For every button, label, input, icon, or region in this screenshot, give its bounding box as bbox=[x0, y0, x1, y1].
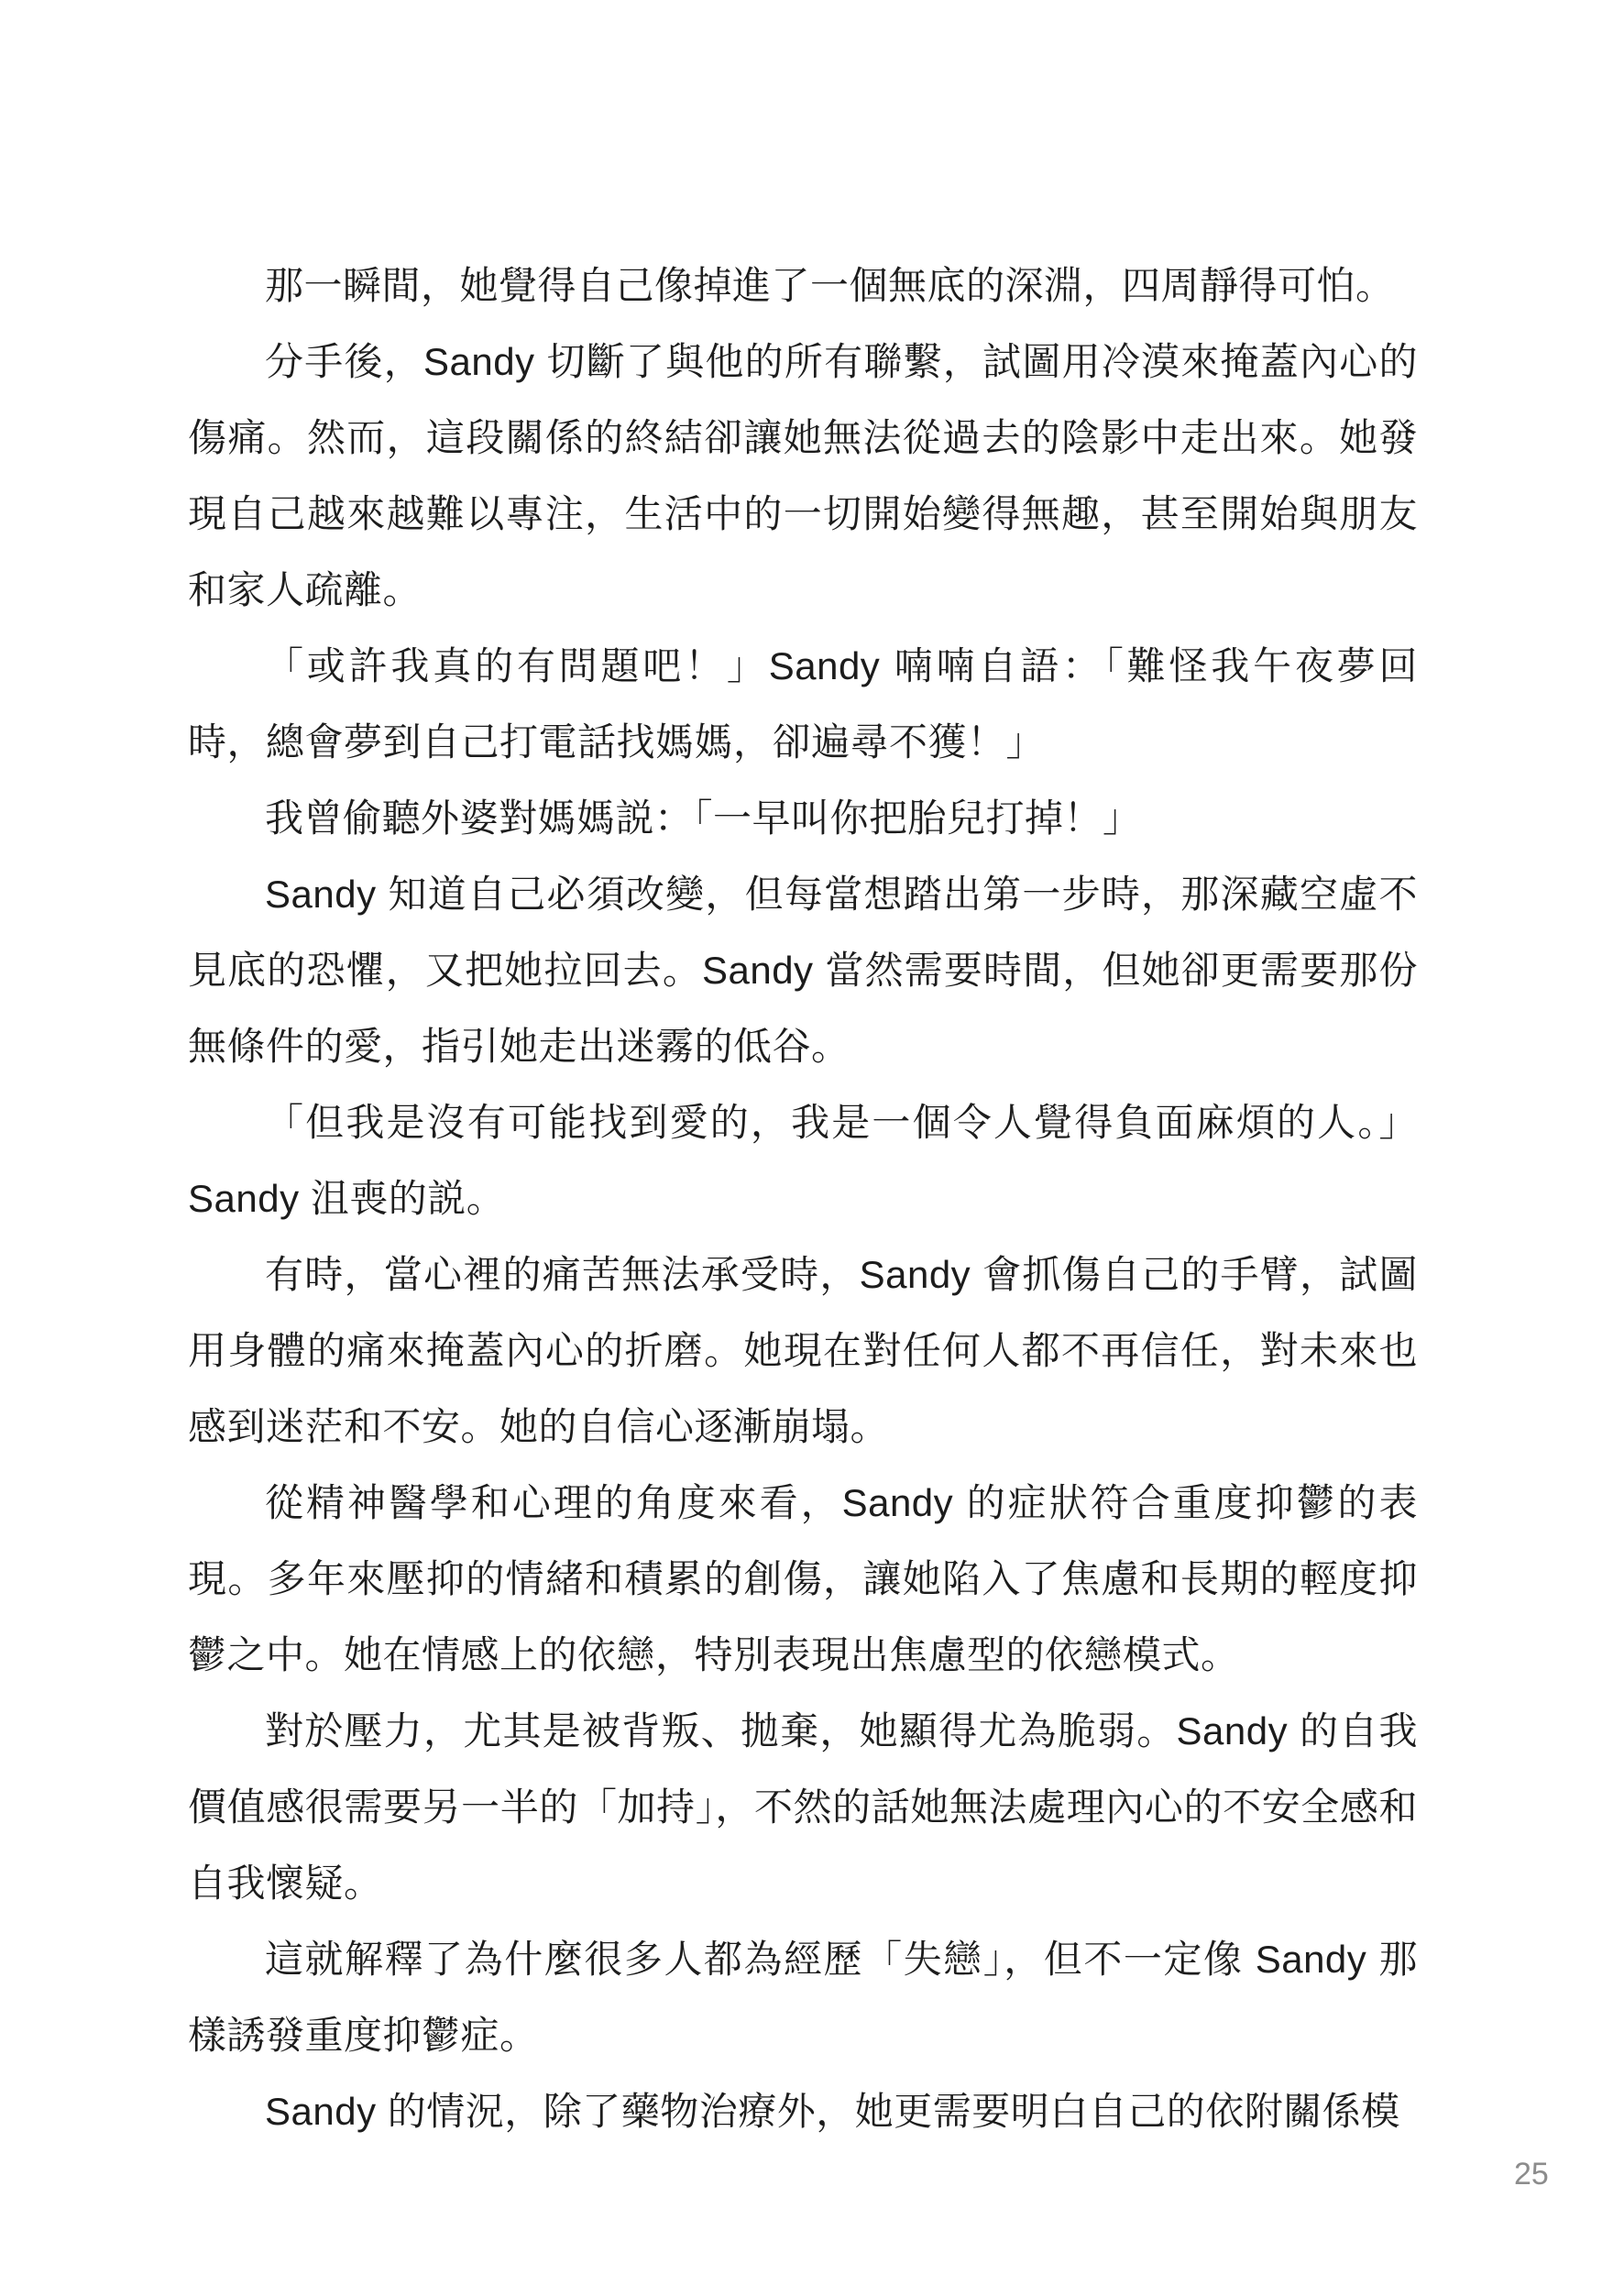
paragraph: 「或許我真的有問題吧！」Sandy 喃喃自語：「難怪我午夜夢回時，總會夢到自己打… bbox=[188, 628, 1418, 780]
paragraph: 那一瞬間，她覺得自己像掉進了一個無底的深淵，四周靜得可怕。 bbox=[188, 247, 1418, 324]
body-text: 那一瞬間，她覺得自己像掉進了一個無底的深淵，四周靜得可怕。 分手後，Sandy … bbox=[188, 247, 1418, 2149]
paragraph: Sandy 知道自己必須改變，但每當想踏出第一步時，那深藏空虛不見底的恐懼，又把… bbox=[188, 856, 1418, 1084]
paragraph: 「但我是沒有可能找到愛的，我是一個令人覺得負面麻煩的人。」Sandy 沮喪的説。 bbox=[188, 1084, 1418, 1236]
paragraph: 分手後，Sandy 切斷了與他的所有聯繫，試圖用冷漠來掩蓋內心的傷痛。然而，這段… bbox=[188, 324, 1418, 628]
book-page: 那一瞬間，她覺得自己像掉進了一個無底的深淵，四周靜得可怕。 分手後，Sandy … bbox=[0, 0, 1624, 2274]
paragraph: Sandy 的情況，除了藥物治療外，她更需要明白自己的依附關係模 bbox=[188, 2073, 1418, 2149]
paragraph: 我曾偷聽外婆對媽媽説：「一早叫你把胎兒打掉！」 bbox=[188, 780, 1418, 856]
paragraph: 這就解釋了為什麼很多人都為經歷「失戀」，但不一定像 Sandy 那樣誘發重度抑鬱… bbox=[188, 1921, 1418, 2073]
paragraph: 對於壓力，尤其是被背叛、拋棄，她顯得尤為脆弱。Sandy 的自我價值感很需要另一… bbox=[188, 1693, 1418, 1921]
paragraph: 從精神醫學和心理的角度來看，Sandy 的症狀符合重度抑鬱的表現。多年來壓抑的情… bbox=[188, 1465, 1418, 1693]
page-number: 25 bbox=[1514, 2156, 1549, 2192]
paragraph: 有時，當心裡的痛苦無法承受時，Sandy 會抓傷自己的手臂，試圖用身體的痛來掩蓋… bbox=[188, 1236, 1418, 1465]
